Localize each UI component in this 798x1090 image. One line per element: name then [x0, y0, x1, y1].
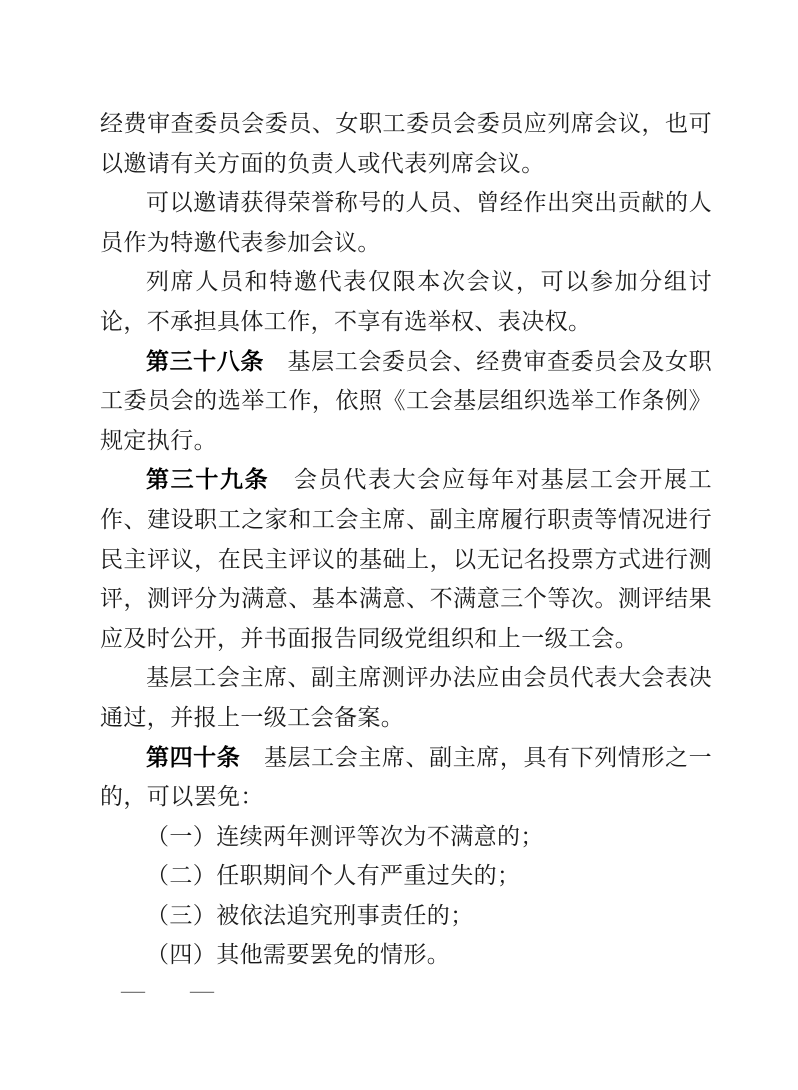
body-text: 可以邀请获得荣誉称号的人员、曾经作出突出贡献的人员作为特邀代表参加会议。	[100, 190, 712, 255]
paragraph: 基层工会主席、副主席测评办法应由会员代表大会表决通过，并报上一级工会备案。	[100, 658, 712, 737]
article-number: 第三十八条	[146, 348, 264, 374]
body-text: （四）其他需要罢免的情形。	[146, 942, 450, 967]
paragraph: （四）其他需要罢免的情形。	[100, 935, 712, 975]
paragraph: （一）连续两年测评等次为不满意的；	[100, 817, 712, 857]
body-text: （一）连续两年测评等次为不满意的；	[146, 824, 544, 849]
paragraph: （三）被依法追究刑事责任的；	[100, 896, 712, 936]
body-text: （二）任职期间个人有严重过失的；	[146, 863, 520, 888]
paragraph: 可以邀请获得荣誉称号的人员、曾经作出突出贡献的人员作为特邀代表参加会议。	[100, 183, 712, 262]
page-footer: — —	[121, 976, 214, 1006]
paragraph: 第三十九条 会员代表大会应每年对基层工会开展工作、建设职工之家和工会主席、副主席…	[100, 460, 712, 658]
paragraph: （二）任职期间个人有严重过失的；	[100, 856, 712, 896]
body-text: （三）被依法追究刑事责任的；	[146, 903, 474, 928]
paragraph: 经费审查委员会委员、女职工委员会委员应列席会议，也可以邀请有关方面的负责人或代表…	[100, 104, 712, 183]
paragraph: 列席人员和特邀代表仅限本次会议，可以参加分组讨论，不承担具体工作，不享有选举权、…	[100, 262, 712, 341]
paragraph: 第三十八条 基层工会委员会、经费审查委员会及女职工委员会的选举工作，依照《工会基…	[100, 342, 712, 461]
document-page: 经费审查委员会委员、女职工委员会委员应列席会议，也可以邀请有关方面的负责人或代表…	[0, 0, 798, 1090]
body-text: 基层工会主席、副主席测评办法应由会员代表大会表决通过，并报上一级工会备案。	[100, 665, 712, 730]
text-block: 经费审查委员会委员、女职工委员会委员应列席会议，也可以邀请有关方面的负责人或代表…	[100, 104, 712, 975]
paragraph: 第四十条 基层工会主席、副主席，具有下列情形之一的，可以罢免：	[100, 738, 712, 817]
footer-dash-left: —	[121, 976, 145, 1006]
article-number: 第四十条	[146, 744, 240, 770]
body-text: 经费审查委员会委员、女职工委员会委员应列席会议，也可以邀请有关方面的负责人或代表…	[100, 111, 712, 176]
body-text: 会员代表大会应每年对基层工会开展工作、建设职工之家和工会主席、副主席履行职责等情…	[100, 467, 712, 650]
footer-dash-right: —	[190, 976, 214, 1006]
article-number: 第三十九条	[146, 466, 269, 492]
body-text: 列席人员和特邀代表仅限本次会议，可以参加分组讨论，不承担具体工作，不享有选举权、…	[100, 269, 712, 334]
